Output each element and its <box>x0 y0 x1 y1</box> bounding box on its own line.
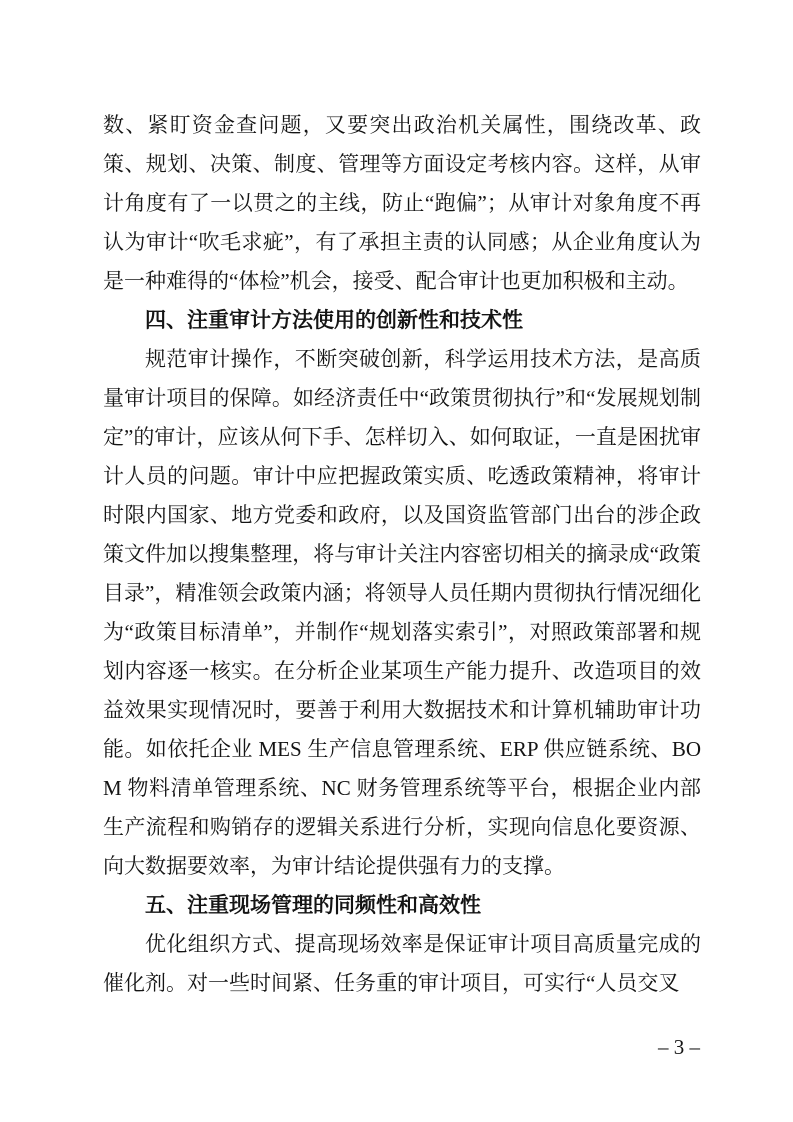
page-number: – 3 – <box>0 1035 700 1059</box>
document-body: 数、紧盯资金查问题，又要突出政治机关属性，围绕改革、政策、规划、决策、制度、管理… <box>103 106 701 1003</box>
section-heading: 四、注重审计方法使用的创新性和技术性 <box>103 301 701 340</box>
document-page: 数、紧盯资金查问题，又要突出政治机关属性，围绕改革、政策、规划、决策、制度、管理… <box>0 0 793 1122</box>
section-heading: 五、注重现场管理的同频性和高效性 <box>103 886 701 925</box>
paragraph: 规范审计操作，不断突破创新，科学运用技术方法，是高质量审计项目的保障。如经济责任… <box>103 340 701 886</box>
paragraph: 数、紧盯资金查问题，又要突出政治机关属性，围绕改革、政策、规划、决策、制度、管理… <box>103 106 701 301</box>
paragraph: 优化组织方式、提高现场效率是保证审计项目高质量完成的催化剂。对一些时间紧、任务重… <box>103 925 701 1003</box>
